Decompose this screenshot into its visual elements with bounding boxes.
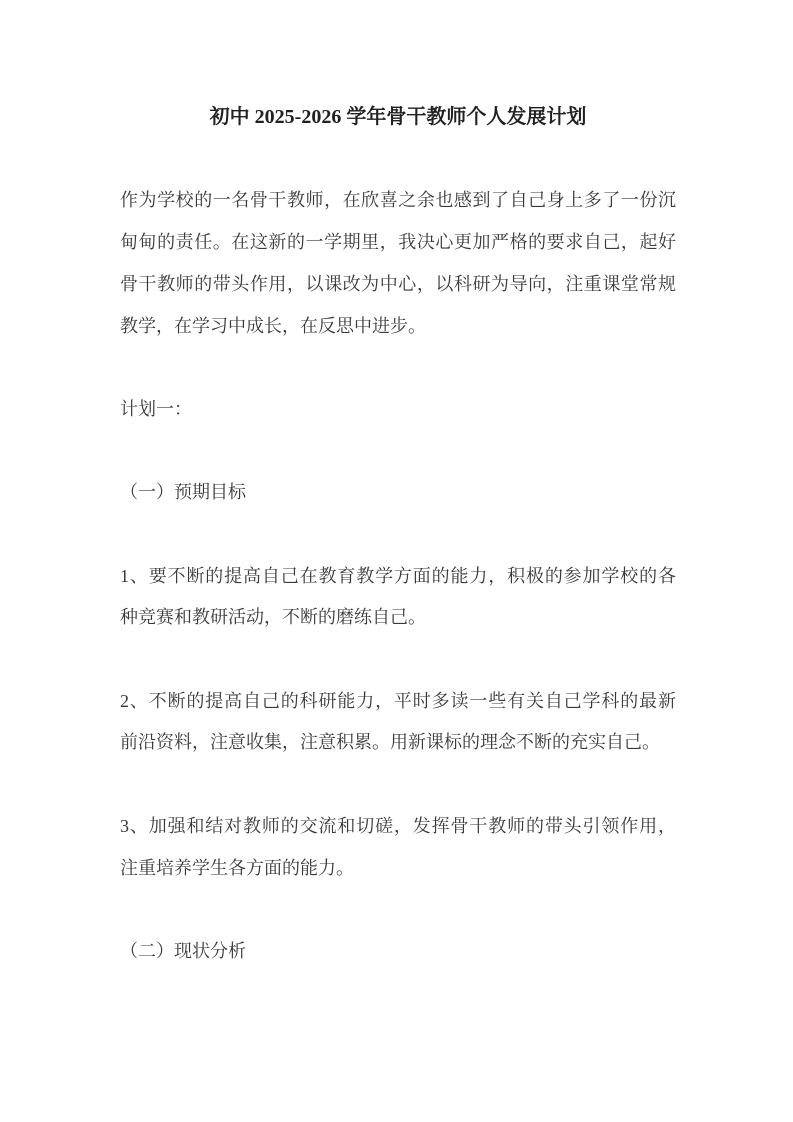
section-heading-current-status-analysis: （二）现状分析	[120, 931, 676, 973]
document-page: 初中 2025-2026 学年骨干教师个人发展计划 作为学校的一名骨干教师，在欣…	[0, 0, 793, 1122]
text-line: 教学，在学习中成长，在反思中进步。	[120, 306, 676, 348]
text-line: （一）预期目标	[120, 472, 676, 514]
text-line: 作为学校的一名骨干教师，在欣喜之余也感到了自己身上多了一份沉	[120, 180, 676, 222]
text-line: 2、不断的提高自己的科研能力，平时多读一些有关自己学科的最新	[120, 681, 676, 723]
paragraph-item-3: 3、加强和结对教师的交流和切磋，发挥骨干教师的带头引领作用， 注重培养学生各方面…	[120, 806, 676, 889]
text-line: 种竞赛和教研活动，不断的磨练自己。	[120, 597, 676, 639]
section-heading-expected-goals: （一）预期目标	[120, 472, 676, 514]
document-title: 初中 2025-2026 学年骨干教师个人发展计划	[120, 97, 676, 139]
paragraph-intro: 作为学校的一名骨干教师，在欣喜之余也感到了自己身上多了一份沉 甸甸的责任。在这新…	[120, 180, 676, 347]
paragraph-plan-one-label: 计划一：	[120, 389, 676, 431]
paragraph-item-1: 1、要不断的提高自己在教育教学方面的能力，积极的参加学校的各 种竞赛和教研活动，…	[120, 556, 676, 639]
text-line: 注重培养学生各方面的能力。	[120, 848, 676, 890]
text-line: 计划一：	[120, 389, 676, 431]
text-line: 甸甸的责任。在这新的一学期里，我决心更加严格的要求自己，起好	[120, 222, 676, 264]
paragraph-item-2: 2、不断的提高自己的科研能力，平时多读一些有关自己学科的最新 前沿资料，注意收集…	[120, 681, 676, 764]
text-line: 1、要不断的提高自己在教育教学方面的能力，积极的参加学校的各	[120, 556, 676, 598]
text-line: 骨干教师的带头作用，以课改为中心，以科研为导向，注重课堂常规	[120, 264, 676, 306]
text-line: 3、加强和结对教师的交流和切磋，发挥骨干教师的带头引领作用，	[120, 806, 676, 848]
text-line: （二）现状分析	[120, 931, 676, 973]
text-line: 前沿资料，注意收集，注意积累。用新课标的理念不断的充实自己。	[120, 722, 676, 764]
